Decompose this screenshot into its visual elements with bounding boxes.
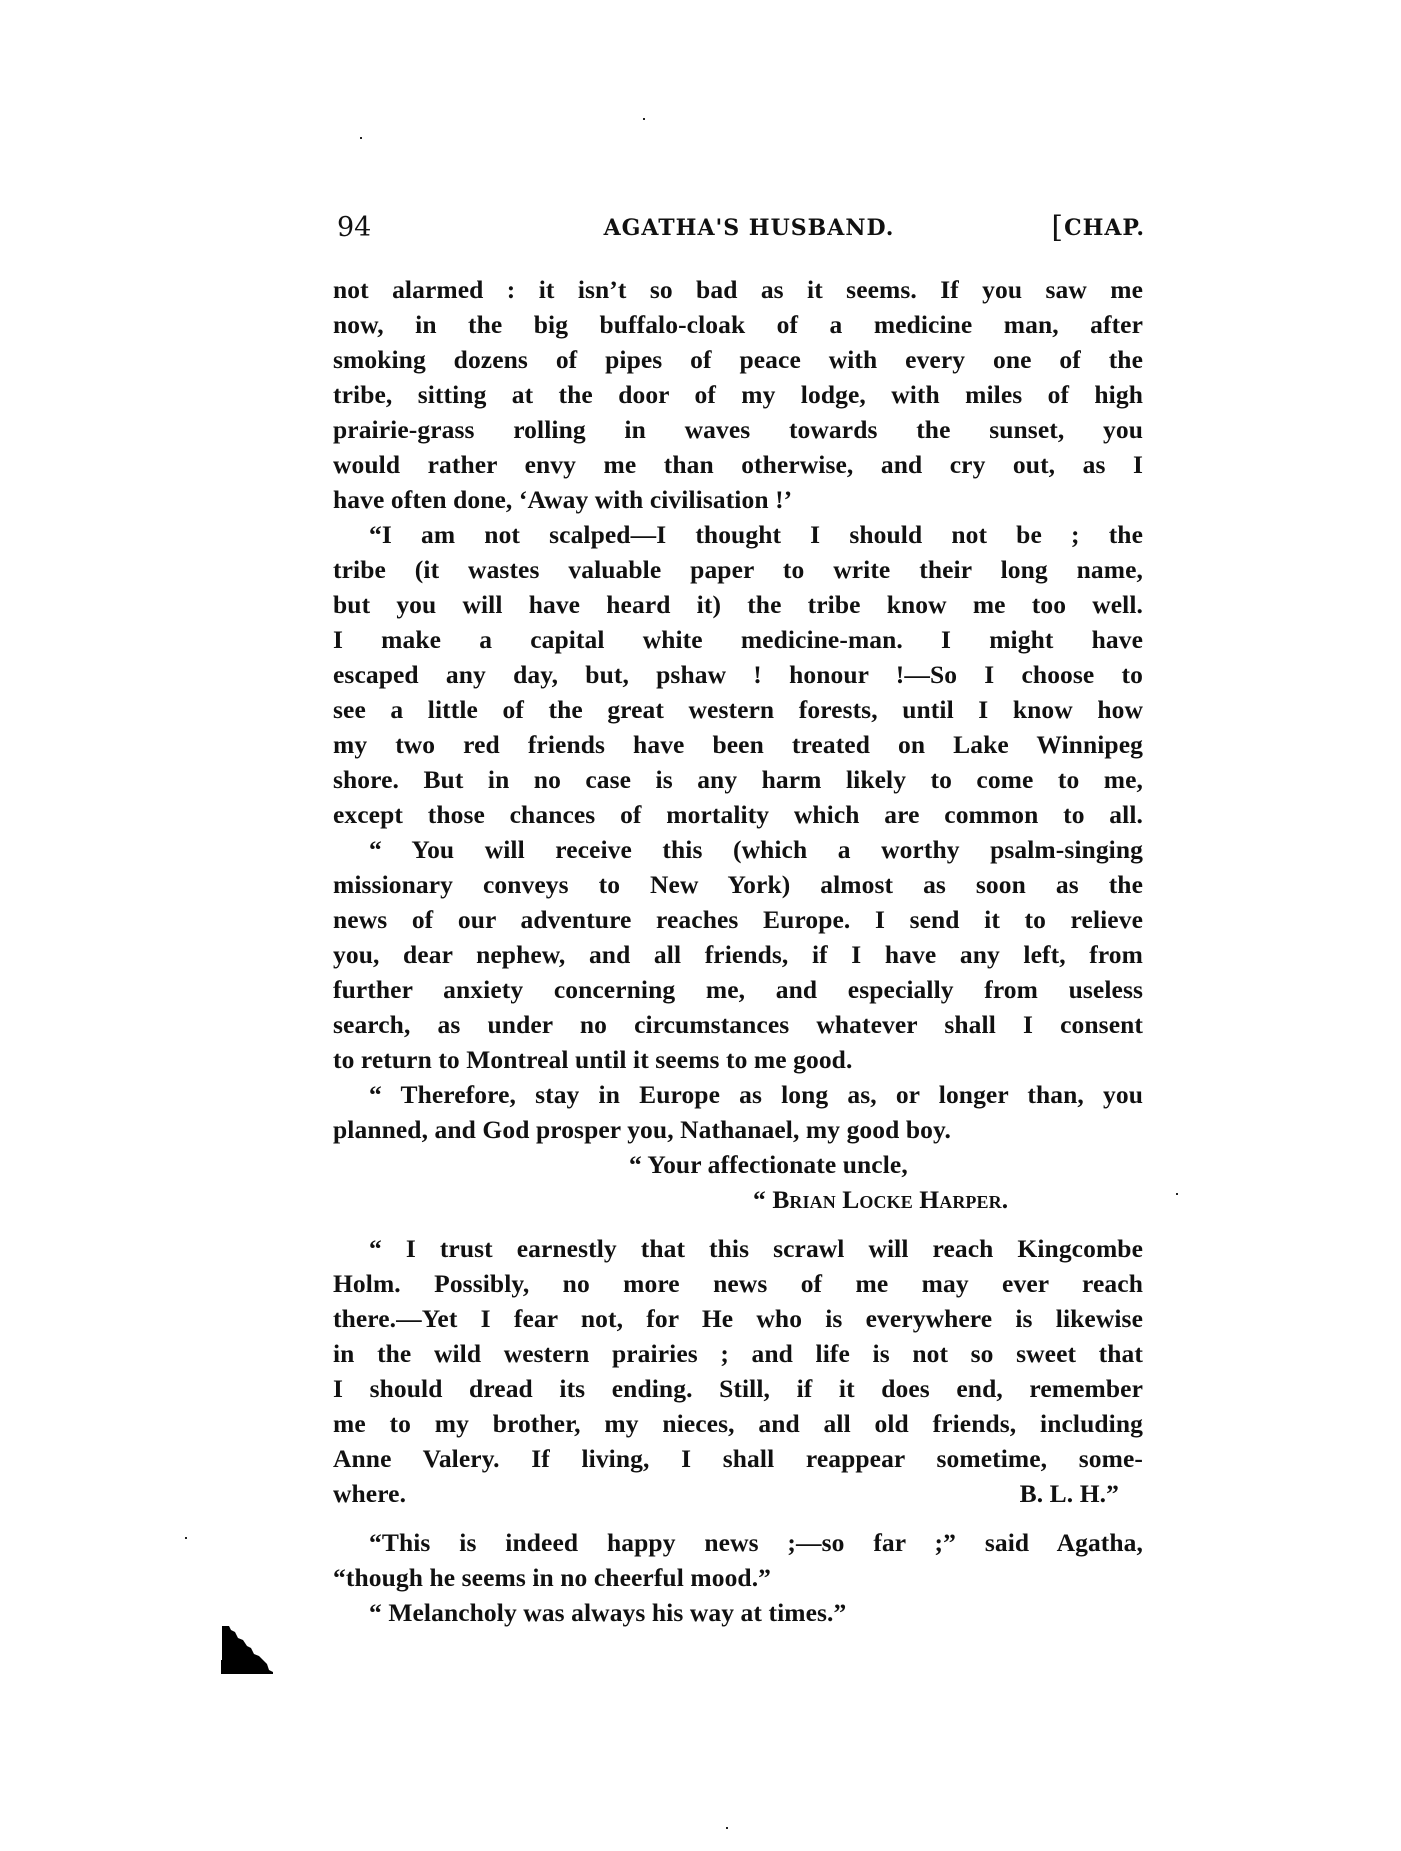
text-line: in the wild western prairies ; and life …	[333, 1336, 1143, 1371]
text-line: “This is indeed happy news ;—so far ;” s…	[333, 1525, 1143, 1560]
text-line: tribe, sitting at the door of my lodge, …	[333, 377, 1143, 412]
text-line: Holm. Possibly, no more news of me may e…	[333, 1266, 1143, 1301]
text-line: not alarmed : it isn’t so bad as it seem…	[333, 272, 1143, 307]
text-line: prairie-grass rolling in waves towards t…	[333, 412, 1143, 447]
text-line: to return to Montreal until it seems to …	[333, 1042, 1143, 1077]
scan-speck	[726, 1827, 728, 1829]
text-line: escaped any day, but, pshaw ! honour !—S…	[333, 657, 1143, 692]
text-line: have often done, ‘Away with civilisation…	[333, 482, 1143, 517]
narrative-paragraph: “This is indeed happy news ;—so far ;” s…	[333, 1525, 1143, 1630]
text-line: see a little of the great western forest…	[333, 692, 1143, 727]
text-line: where.	[333, 1476, 406, 1511]
text-line: shore. But in no case is any harm likely…	[333, 762, 1143, 797]
text-line: “ Therefore, stay in Europe as long as, …	[333, 1077, 1143, 1112]
running-title: AGATHA'S HUSBAND.	[333, 210, 1145, 246]
text-line: news of our adventure reaches Europe. I …	[333, 902, 1143, 937]
chapter-label: CHAP.	[1064, 215, 1145, 241]
text-line: I make a capital white medicine-man. I m…	[333, 622, 1143, 657]
bracket-glyph: [	[1051, 210, 1064, 245]
text-line: planned, and God prosper you, Nathanael,…	[333, 1112, 1143, 1147]
text-line: “though he seems in no cheerful mood.”	[333, 1560, 1143, 1595]
chapter-marker: [CHAP.	[1051, 210, 1145, 246]
text-line: “ You will receive this (which a worthy …	[333, 832, 1143, 867]
letter-paragraph-2: “I am not scalped—I thought I should not…	[333, 517, 1143, 832]
text-line: now, in the big buffalo-cloak of a medic…	[333, 307, 1143, 342]
section-gap	[333, 1217, 1143, 1231]
text-line: further anxiety concerning me, and espec…	[333, 972, 1143, 1007]
text-line: “ Melancholy was always his way at times…	[333, 1595, 1143, 1630]
letter-paragraph-4: “ Therefore, stay in Europe as long as, …	[333, 1077, 1143, 1147]
text-line: you, dear nephew, and all friends, if I …	[333, 937, 1143, 972]
text-line: Anne Valery. If living, I shall reappear…	[333, 1441, 1143, 1476]
page-body: not alarmed : it isn’t so bad as it seem…	[333, 272, 1143, 1630]
text-line: there.—Yet I fear not, for He who is eve…	[333, 1301, 1143, 1336]
section-gap	[333, 1511, 1143, 1525]
initials: B. L. H.”	[1020, 1476, 1119, 1511]
text-line: tribe (it wastes valuable paper to write…	[333, 552, 1143, 587]
text-line: except those chances of mortality which …	[333, 797, 1143, 832]
scan-artifact-icon	[221, 1626, 273, 1674]
text-line: but you will have heard it) the tribe kn…	[333, 587, 1143, 622]
text-line: I should dread its ending. Still, if it …	[333, 1371, 1143, 1406]
scan-speck	[1176, 1193, 1178, 1195]
book-page: 94 AGATHA'S HUSBAND. [CHAP. not alarmed …	[0, 0, 1401, 1851]
letter-signature: “ Brian Locke Harper.	[333, 1182, 1143, 1217]
text-line: “ I trust earnestly that this scrawl wil…	[333, 1231, 1143, 1266]
text-line: search, as under no circumstances whatev…	[333, 1007, 1143, 1042]
letter-paragraph-3: “ You will receive this (which a worthy …	[333, 832, 1143, 1077]
text-line: would rather envy me than otherwise, and…	[333, 447, 1143, 482]
text-line: “I am not scalped—I thought I should not…	[333, 517, 1143, 552]
text-line: my two red friends have been treated on …	[333, 727, 1143, 762]
letter-closing: “ Your affectionate uncle,	[333, 1147, 1143, 1182]
text-line: smoking dozens of pipes of peace with ev…	[333, 342, 1143, 377]
scan-speck	[643, 118, 645, 120]
running-header: 94 AGATHA'S HUSBAND. [CHAP.	[333, 210, 1145, 246]
scan-speck	[185, 1537, 187, 1539]
postscript-final-line: where. B. L. H.”	[333, 1476, 1143, 1511]
letter-paragraph-1: not alarmed : it isn’t so bad as it seem…	[333, 272, 1143, 517]
postscript: “ I trust earnestly that this scrawl wil…	[333, 1231, 1143, 1511]
text-line: missionary conveys to New York) almost a…	[333, 867, 1143, 902]
text-line: me to my brother, my nieces, and all old…	[333, 1406, 1143, 1441]
scan-speck	[360, 137, 362, 139]
